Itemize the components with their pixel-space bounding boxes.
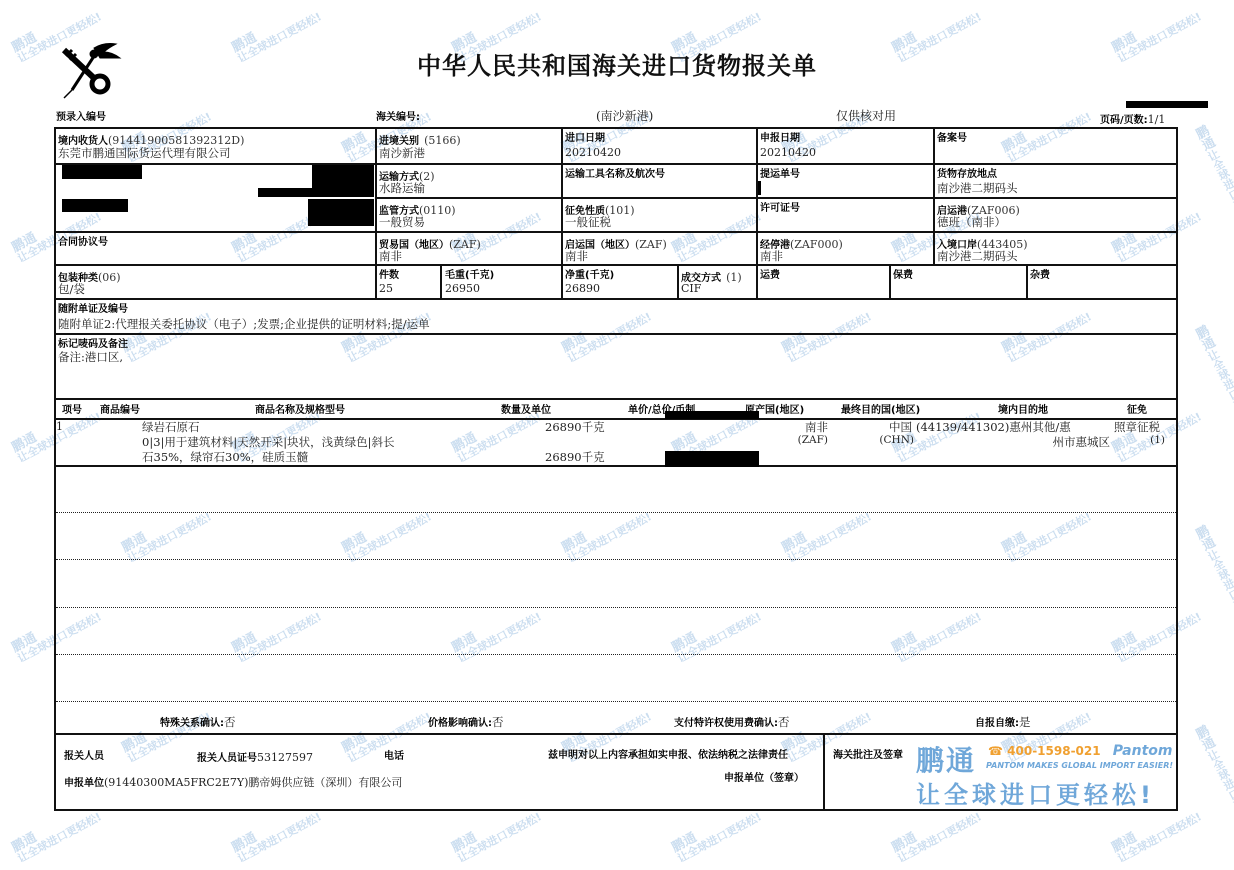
verification-note: 仅供核对用 (836, 107, 896, 124)
watermark: 鹏通让全球进口更轻松! (1194, 323, 1234, 431)
col-divider (561, 264, 563, 298)
item-name: 绿岩石原石 (142, 419, 200, 435)
col-divider (440, 264, 442, 298)
border (54, 127, 56, 810)
item-spec-line2: 石35%，绿帘石30%，硅质玉髓 (142, 449, 308, 465)
item-origin: 南非 (780, 419, 828, 435)
col-divider (823, 733, 825, 810)
col-divider (375, 264, 377, 298)
field-label: 价格影响确认: (428, 718, 492, 729)
brand-name-cn: 鹏通 (916, 739, 976, 779)
redaction (665, 411, 759, 419)
marks-label: 标记唛码及备注 (58, 335, 128, 350)
col-header-commodity-name: 商品名称及规格型号 (255, 401, 345, 416)
col-divider (375, 127, 377, 264)
redaction (308, 199, 374, 226)
redaction (1126, 101, 1208, 108)
col-header-domestic-destination: 境内目的地 (998, 401, 1048, 416)
col-header-quantity: 数量及单位 (501, 401, 551, 416)
storage-label: 货物存放地点 (937, 165, 997, 180)
record-no-label: 备案号 (937, 129, 967, 144)
field-label: 自报自缴: (975, 718, 1019, 729)
import-date-value: 20210420 (565, 146, 621, 159)
col-header-levy: 征免 (1127, 401, 1147, 416)
net-weight-value: 26890 (565, 282, 600, 295)
redaction (312, 165, 374, 197)
field-value: 是 (1019, 715, 1031, 729)
field-label: 支付特许权使用费确认: (674, 718, 778, 729)
gross-weight-label: 毛重(千克) (445, 266, 494, 281)
col-divider (933, 127, 935, 264)
package-type-value: 包/袋 (58, 281, 85, 297)
field-value: 否 (224, 715, 236, 729)
trade-country-value: 南非 (379, 248, 402, 264)
entry-port-value: 南沙港二期码头 (937, 248, 1018, 264)
page-count-label: 页码/页数: (1100, 115, 1148, 126)
col-divider (677, 264, 679, 298)
storage-value: 南沙港二期码头 (937, 180, 1018, 196)
declaration-statement: 兹申明对以上内容承担如实申报、依法纳税之法律责任 (548, 746, 788, 761)
field-value: (91440300MA5FRC2E7Y)鹏帝姆供应链（深圳）有限公司 (104, 776, 402, 789)
watermark: 鹏通让全球进口更轻松! (560, 300, 653, 365)
field-value: 否 (778, 715, 790, 729)
redaction (258, 188, 318, 197)
bill-no-label: 提运单号 (760, 165, 800, 180)
declaring-unit-seal-label: 申报单位（签章） (724, 769, 804, 784)
watermark: 鹏通让全球进口更轻松! (1194, 523, 1234, 631)
deal-mode-value: CIF (681, 282, 701, 295)
insurance-label: 保费 (893, 266, 913, 281)
field-code: (5166) (424, 134, 461, 147)
watermark: 鹏通让全球进口更轻松! (340, 300, 433, 365)
levy-nature-value: 一般征税 (565, 214, 611, 230)
pieces-label: 件数 (379, 266, 399, 281)
phone-icon: ☎ (988, 744, 1003, 758)
supervision-value: 一般贸易 (379, 214, 425, 230)
field-label: 报关人员证号 (197, 753, 257, 764)
brand-name-en: Pantom (1113, 743, 1173, 759)
item-destination-country: 中国 (880, 419, 912, 435)
item-row-divider (56, 559, 1176, 560)
field-value: 否 (492, 715, 504, 729)
declare-date-value: 20210420 (760, 146, 816, 159)
transport-mode-value: 水路运输 (379, 180, 425, 196)
redaction (758, 181, 761, 195)
watermark: 鹏通让全球进口更轻松! (1000, 500, 1093, 565)
field-value: 53127597 (257, 751, 313, 764)
price-influence-confirm: 价格影响确认:否 (428, 711, 504, 730)
item-qty-secondary: 26890千克 (545, 449, 605, 465)
row-divider (54, 733, 1178, 735)
col-divider (561, 127, 563, 264)
phone-label: 电话 (384, 747, 404, 762)
brand-tagline: PANTOM MAKES GLOBAL IMPORT EASIER! (986, 761, 1173, 770)
customs-number-label: 海关编号: (376, 108, 420, 123)
brand-logo: 鹏通 ☎ 400-1598-021 Pantom PANTOM MAKES GL… (916, 739, 1176, 809)
col-header-destination-country: 最终目的国(地区) (841, 401, 920, 416)
item-qty-primary: 26890千克 (545, 419, 605, 435)
item-domestic-destination-line1: (44139/441302)惠州其他/惠 (916, 419, 1071, 435)
field-code: (ZAF) (449, 238, 481, 251)
col-divider (756, 264, 758, 298)
item-row-divider (56, 512, 1176, 513)
royalty-confirm: 支付特许权使用费确认:否 (674, 711, 790, 730)
border (1176, 127, 1178, 810)
field-code: (06) (98, 271, 121, 284)
item-row-divider (56, 701, 1176, 702)
brand-slogan: 让全球进口更轻松! (916, 775, 1155, 810)
col-divider (1026, 264, 1028, 298)
gross-weight-value: 26950 (445, 282, 480, 295)
col-header-commodity-code: 商品编号 (100, 401, 140, 416)
row-divider (54, 465, 1178, 467)
special-relation-confirm: 特殊关系确认:否 (160, 711, 236, 730)
redaction (62, 165, 142, 179)
declarant-cert: 报关人员证号53127597 (197, 746, 313, 765)
watermark: 鹏通让全球进口更轻松! (1194, 123, 1234, 231)
field-code: (ZAF) (635, 238, 667, 251)
col-header-item-no: 项号 (62, 401, 82, 416)
row-divider (54, 264, 1178, 266)
entry-customs-value: 南沙新港 (379, 145, 425, 161)
row-divider (54, 333, 1178, 335)
field-label: 申报单位 (64, 778, 104, 789)
row-divider (54, 298, 1178, 300)
watermark: 鹏通让全球进口更轻松! (1000, 100, 1093, 165)
item-row-divider (56, 654, 1176, 655)
attached-docs-value: 随附单证2:代理报关委托协议（电子）;发票;企业提供的证明材料;提/运单 (58, 316, 430, 332)
col-divider (889, 264, 891, 298)
item-destination-country-code: (CHN) (870, 434, 914, 446)
declare-date-label: 申报日期 (760, 129, 800, 144)
watermark: 鹏通让全球进口更轻松! (120, 300, 213, 365)
pre-entry-number-label: 预录入编号 (56, 108, 106, 123)
marks-value: 备注:港口区, (58, 349, 123, 365)
declarant-label: 报关人员 (64, 747, 104, 762)
item-row-divider (56, 607, 1176, 608)
customs-port: (南沙新港) (596, 107, 653, 124)
page-count: 页码/页数:1/1 (1100, 108, 1165, 127)
pieces-value: 25 (379, 282, 393, 295)
field-code: (1) (726, 271, 742, 284)
item-levy-code: (1) (1120, 434, 1165, 446)
watermark: 鹏通让全球进口更轻松! (780, 500, 873, 565)
vehicle-label: 运输工具名称及航次号 (565, 165, 665, 180)
page-title: 中华人民共和国海关进口货物报关单 (0, 46, 1234, 81)
brand-phone-number: 400-1598-021 (1007, 744, 1100, 758)
contract-label: 合同协议号 (58, 233, 108, 248)
departure-port-value: 德班（南非） (937, 214, 1006, 230)
attached-docs-label: 随附单证及编号 (58, 300, 128, 315)
item-origin-code: (ZAF) (780, 434, 828, 446)
watermark: 鹏通让全球进口更轻松! (1000, 300, 1093, 365)
redaction (62, 199, 128, 212)
departure-country-value: 南非 (565, 248, 588, 264)
field-code: (ZAF000) (790, 238, 843, 251)
watermark: 鹏通让全球进口更轻松! (560, 500, 653, 565)
watermark: 鹏通让全球进口更轻松! (780, 300, 873, 365)
misc-fee-label: 杂费 (1030, 266, 1050, 281)
watermark: 鹏通让全球进口更轻松! (120, 500, 213, 565)
item-spec-line1: 0|3|用于建筑材料|天然开采|块状，浅黄绿色|斜长 (142, 434, 395, 450)
item-levy-mode: 照章征税 (1114, 419, 1160, 435)
brand-phone: ☎ 400-1598-021 Pantom (988, 743, 1172, 759)
item-no: 1 (56, 420, 63, 433)
stop-port-value: 南非 (760, 248, 783, 264)
watermark: 鹏通让全球进口更轻松! (1194, 723, 1234, 831)
self-pay-confirm: 自报自缴:是 (975, 711, 1031, 730)
import-date-label: 进口日期 (565, 129, 605, 144)
row-divider (54, 398, 1178, 400)
net-weight-label: 净重(千克) (565, 266, 614, 281)
declaring-unit: 申报单位(91440300MA5FRC2E7Y)鹏帝姆供应链（深圳）有限公司 (64, 771, 402, 790)
consignee-value: 东莞市鹏通国际货运代理有限公司 (58, 145, 231, 161)
col-divider (756, 127, 758, 264)
item-domestic-destination-line2: 州市惠城区 (1000, 434, 1110, 450)
redaction (665, 451, 759, 467)
field-label: 特殊关系确认: (160, 718, 224, 729)
page-count-value: 1/1 (1148, 113, 1166, 126)
customs-approval-label: 海关批注及签章 (833, 746, 903, 761)
license-label: 许可证号 (760, 199, 800, 214)
freight-label: 运费 (760, 266, 780, 281)
watermark: 鹏通让全球进口更轻松! (340, 500, 433, 565)
